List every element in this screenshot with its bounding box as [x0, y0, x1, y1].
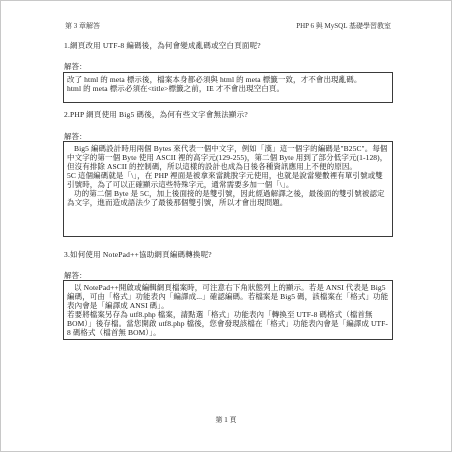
answer-label-2: 解答： [64, 132, 87, 141]
question-3: 3.如何使用 NotePad++協助網頁編碼轉換呢? [64, 250, 395, 259]
question-2: 2.PHP 網頁使用 Big5 碼後，為何有些文字會無法顯示? [64, 110, 395, 119]
answer-label-1: 解答： [64, 62, 87, 71]
header-chapter-label: 第 3 章解答 [65, 22, 100, 31]
document-page: 第 3 章解答 PHP 6 與 MySQL 基礎學習教室 1.網頁改用 UTF-… [0, 0, 452, 452]
page-footer: 第 1 頁 [1, 416, 451, 425]
answer-1-paragraph: html 的 meta 標示必須在<title>標籤之前，IE 才不會出現空白頁… [67, 84, 389, 93]
header-book-title: PHP 6 與 MySQL 基礎學習教室 [296, 22, 391, 31]
answer-3-paragraph: 以 NotePad++開啟或編輯網頁檔案時，可注意右下角狀態列上的顯示。若是 A… [67, 283, 389, 310]
answer-label-3: 解答： [64, 271, 87, 280]
answer-3-paragraph: 若要將檔案另存為 utf8.php 檔案，請點選「格式」功能表內「轉換至 UTF… [67, 310, 389, 337]
answer-box-2: Big5 編碼設計時用兩個 Bytes 來代表一個中文字，例如「漢」這一個字的編… [63, 141, 393, 237]
answer-box-3: 以 NotePad++開啟或編輯網頁檔案時，可注意右下角狀態列上的顯示。若是 A… [63, 280, 393, 340]
answer-2-paragraph: Big5 編碼設計時用兩個 Bytes 來代表一個中文字，例如「漢」這一個字的編… [67, 144, 389, 171]
answer-box-1: 改了 html 的 meta 標示後，檔案本身都必須與 html 的 meta … [63, 72, 393, 103]
answer-1-paragraph: 改了 html 的 meta 標示後，檔案本身都必須與 html 的 meta … [67, 75, 389, 84]
answer-2-paragraph: 功的第二個 Byte 是 5C，加上後面接的是雙引號，因此經過解譯之後，最後面的… [67, 189, 389, 207]
question-1: 1.網頁改用 UTF-8 編碼後，為何會變成亂碼或空白頁面呢? [64, 41, 395, 50]
page-number: 第 1 頁 [216, 416, 237, 424]
answer-2-paragraph: 5C 這個編碼就是「\」，在 PHP 裡面是被拿來當跳脫字元使用，也就是說當變數… [67, 171, 389, 189]
page-header: 第 3 章解答 PHP 6 與 MySQL 基礎學習教室 [65, 22, 391, 31]
